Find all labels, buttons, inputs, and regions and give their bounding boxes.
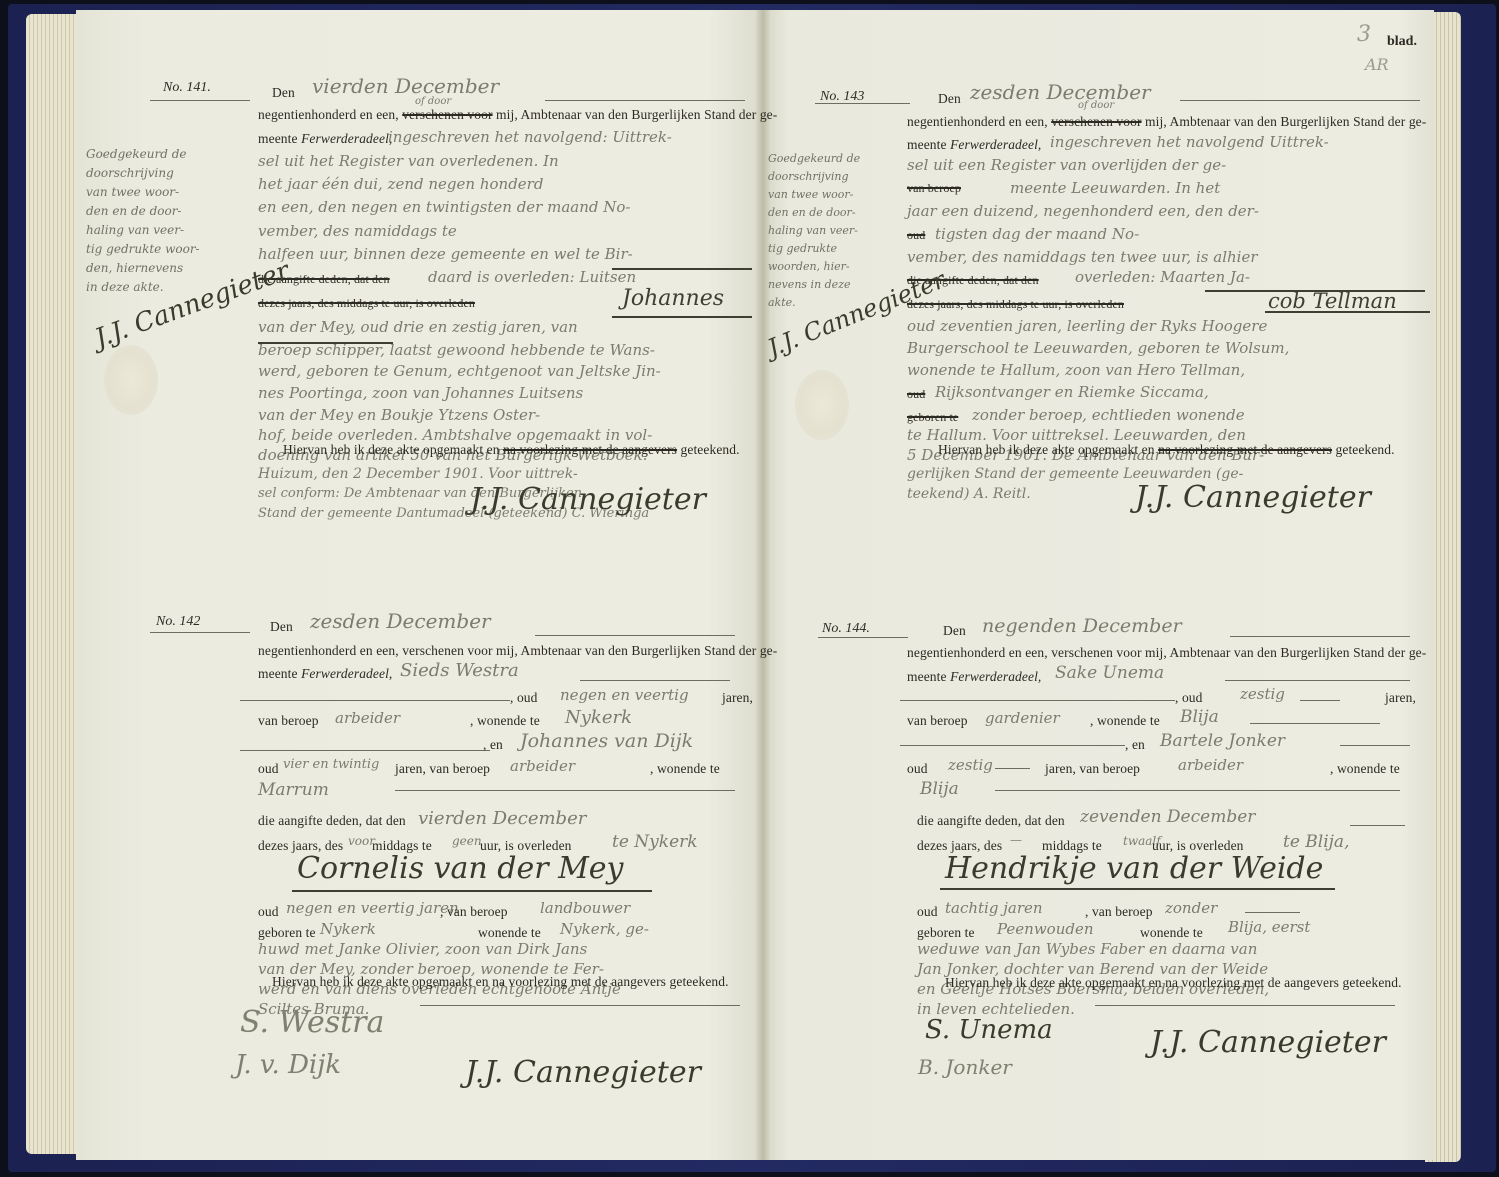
record-date: zesden December: [970, 80, 1151, 104]
rule: [1250, 723, 1380, 724]
rule: [1350, 825, 1405, 826]
form-text: meente: [258, 131, 298, 146]
form-text: geteekend.: [1343, 975, 1402, 990]
handwritten-line: zonder beroep, echtlieden wonende: [972, 406, 1245, 424]
rule: [1180, 100, 1420, 101]
form-text: , en: [483, 737, 503, 753]
declarant2-age: vier en twintig: [283, 757, 379, 772]
declarant2-name: Johannes van Dijk: [520, 730, 693, 752]
rule: [940, 888, 1335, 890]
record-number: No. 144.: [822, 621, 870, 637]
form-text: geboren te: [258, 925, 316, 941]
handwritten-line: daard is overleden: Luitsen: [428, 268, 636, 286]
handwritten-line: van der Mey, oud drie en zestig jaren, v…: [258, 318, 578, 336]
declarant1-occupation: arbeider: [335, 709, 400, 727]
form-line: negentienhonderd en een, verschenen voor…: [907, 114, 1426, 130]
handwritten-line: weduwe van Jan Wybes Faber en daarna van: [917, 940, 1257, 958]
deceased-occupation: landbouwer: [540, 899, 630, 917]
rule: [1230, 636, 1410, 637]
municipality: Ferwerderadeel,: [950, 669, 1041, 684]
year-text: negentienhonderd en een,: [907, 645, 1048, 660]
deceased-name: Johannes: [622, 286, 724, 311]
declarant1-name: Sake Unema: [1055, 663, 1164, 683]
handwritten-line: oud zeventien jaren, leerling der Ryks H…: [907, 317, 1267, 335]
form-text: na voorlezing met de aangevers: [1165, 975, 1339, 990]
struck-text: na voorlezing met de aangevers: [503, 442, 677, 457]
handwritten-line: ingeschreven het navolgend Uittrek-: [1050, 133, 1329, 151]
handwritten-line: beroep schipper, laatst gewoond hebbende…: [258, 341, 655, 359]
declarant2-age: zestig: [948, 756, 993, 774]
den-label: Den: [272, 85, 295, 101]
declarant2-residence: Marrum: [258, 780, 329, 800]
form-text: wonende te: [478, 925, 541, 941]
rule: [1265, 311, 1430, 313]
folio-initials: AR: [1365, 55, 1389, 74]
struck-text: oud: [907, 387, 925, 402]
declarant1-residence: Blija: [1180, 707, 1219, 727]
death-date: zevenden December: [1080, 807, 1255, 827]
handwritten-line: Huizum, den 2 December 1901. Voor uittre…: [258, 466, 578, 482]
struck-text: na voorlezing met de aangevers: [1158, 442, 1332, 457]
form-line: meente Ferwerderadeel,: [907, 137, 1041, 153]
form-text: meente: [907, 669, 947, 684]
struck-text: dezes jaars, des middags te uur, is over…: [907, 297, 1124, 312]
rule: [900, 700, 1175, 701]
registrar-signature: J.J. Cannegieter: [1135, 480, 1371, 515]
rule: [395, 790, 735, 791]
rule: [420, 1005, 740, 1006]
rule: [995, 768, 1030, 769]
rule: [818, 637, 908, 638]
residence: Blija, eerst: [1228, 918, 1310, 936]
form-text: , wonende te: [470, 713, 540, 729]
deceased-name: Hendrikje van der Weide: [945, 851, 1323, 886]
declarant2-signature: B. Jonker: [918, 1055, 1012, 1079]
declarant2-name: Bartele Jonker: [1160, 731, 1285, 751]
deceased-name: Cornelis van der Mey: [297, 851, 624, 886]
handwritten-line: en een, den negen en twintigsten der maa…: [258, 198, 630, 216]
handwritten-line: overleden: Maarten Ja-: [1075, 268, 1250, 286]
handwritten-line: Burgerschool te Leeuwarden, geboren te W…: [907, 339, 1289, 357]
registrar-signature: J.J. Cannegieter: [470, 482, 706, 517]
form-text: , wonende te: [650, 761, 720, 777]
declarant1-signature: S. Westra: [240, 1005, 384, 1040]
form-text: , wonende te: [1330, 761, 1400, 777]
record-number: No. 142: [156, 614, 200, 630]
form-line: negentienhonderd en een, verschenen voor…: [258, 643, 777, 659]
form-line: negentienhonderd en een, verschenen voor…: [258, 107, 777, 123]
handwritten-line: ingeschreven het navolgend: Uittrek-: [388, 128, 672, 146]
form-line: meente Ferwerderadeel,: [258, 666, 392, 682]
registrar-signature: J.J. Cannegieter: [1150, 1025, 1386, 1060]
declarant2-signature: J. v. Dijk: [235, 1050, 341, 1080]
form-text: dezes jaars, des: [258, 296, 334, 310]
residence: Nykerk, ge-: [560, 920, 649, 938]
rule: [545, 100, 745, 101]
form-line: meente Ferwerderadeel,: [907, 669, 1041, 685]
form-text: jaren,: [1385, 690, 1416, 706]
form-text: Hiervan heb ik deze akte opgemaakt en: [272, 974, 489, 989]
den-label: Den: [270, 619, 293, 635]
form-text: Hiervan heb ik deze akte opgemaakt en: [945, 975, 1162, 990]
den-label: Den: [943, 623, 966, 639]
handwritten-line: meente Leeuwarden. In het: [1010, 179, 1220, 197]
form-line: meente Ferwerderadeel,: [258, 131, 392, 147]
registrar-signature: J.J. Cannegieter: [465, 1055, 701, 1090]
declarant2-occupation: arbeider: [510, 757, 575, 775]
page-label: blad.: [1387, 34, 1417, 50]
death-place: te Nykerk: [612, 832, 698, 852]
form-line: negentienhonderd en een, verschenen voor…: [907, 645, 1426, 661]
form-text: , oud: [1175, 690, 1203, 706]
handwritten-line: vember, des namiddags ten twee uur, is a…: [907, 248, 1258, 266]
form-text: die aangifte deden, dat den: [258, 813, 406, 829]
record-date: zesden December: [310, 609, 491, 633]
death-place: te Blija,: [1283, 832, 1349, 852]
year-text: negentienhonderd en een,: [258, 643, 399, 658]
rule: [612, 316, 752, 318]
den-label: Den: [938, 91, 961, 107]
declarant1-residence: Nykerk: [565, 707, 632, 728]
form-text: uur, is overleden: [393, 296, 475, 310]
struck-text: van beroep: [907, 181, 961, 196]
deceased-name: cob Tellman: [1268, 289, 1397, 313]
municipality: Ferwerderadeel,: [301, 131, 392, 146]
handwritten-line: Rijksontvanger en Riemke Siccama,: [935, 383, 1209, 401]
struck-text: dezes jaars, des middags te uur, is over…: [258, 296, 475, 311]
form-text: mij, Ambtenaar van den Burgerlijken Stan…: [496, 643, 777, 658]
declarant2-occupation: arbeider: [1178, 756, 1243, 774]
handwritten-line: halfeen uur, binnen deze gemeente en wel…: [258, 245, 633, 263]
form-text: middags te: [986, 297, 1039, 311]
handwritten-line: van der Mey en Boukje Ytzens Oster-: [258, 406, 540, 424]
form-text: oud: [917, 904, 938, 920]
record-number: No. 141.: [163, 80, 211, 96]
deceased-age: negen en veertig jaren: [286, 899, 459, 917]
form-text: geteekend.: [681, 442, 740, 457]
handwritten-line: wonende te Hallum, zoon van Hero Tellman…: [907, 361, 1245, 379]
declarant1-signature: S. Unema: [925, 1015, 1053, 1045]
year-text: negentienhonderd en een,: [258, 107, 399, 122]
birthplace: Nykerk: [320, 920, 376, 938]
rule: [580, 680, 730, 681]
rule: [292, 890, 652, 892]
handwritten-line: vember, des namiddags te: [258, 222, 457, 240]
handwritten-line: sel uit het Register van overledenen. In: [258, 152, 559, 170]
rule: [1300, 700, 1340, 701]
form-text: geboren te: [917, 925, 975, 941]
form-text: van beroep: [907, 713, 968, 729]
struck-text: verschenen voor: [1051, 114, 1141, 129]
form-text: wonende te: [1140, 925, 1203, 941]
handwritten-line: werd, geboren te Genum, echtgenoot van J…: [258, 362, 661, 380]
form-text: van beroep: [258, 713, 319, 729]
form-text: meente: [907, 137, 947, 152]
form-text: jaren, van beroep: [395, 761, 490, 777]
municipality: Ferwerderadeel,: [301, 666, 392, 681]
handwritten-line: tigsten dag der maand No-: [935, 225, 1139, 243]
rule: [995, 790, 1400, 791]
form-text: die aangifte deden, dat den: [917, 813, 1065, 829]
form-text: oud: [907, 761, 928, 777]
municipality: Ferwerderadeel,: [950, 137, 1041, 152]
form-text: mij, Ambtenaar van den Burgerlijken Stan…: [1145, 645, 1426, 660]
declarant1-age: negen en veertig: [560, 686, 689, 704]
form-text: , oud: [510, 690, 538, 706]
embossed-seal: [104, 345, 158, 415]
form-text: , wonende te: [1090, 713, 1160, 729]
deceased-occupation: zonder: [1165, 899, 1217, 917]
closing-line: Hiervan heb ik deze akte opgemaakt en na…: [938, 442, 1395, 458]
handwritten-line: teekend) A. Reitl.: [907, 486, 1031, 502]
insert-above: of door: [1078, 100, 1114, 111]
year-text: negentienhonderd en een,: [907, 114, 1048, 129]
closing-line: Hiervan heb ik deze akte opgemaakt en na…: [945, 975, 1402, 991]
handwritten-line: sel uit een Register van overlijden der …: [907, 156, 1226, 174]
rule: [150, 100, 250, 101]
form-text: mij, Ambtenaar van den Burgerlijken Stan…: [496, 107, 777, 122]
form-text: uur, is overleden: [1042, 297, 1124, 311]
form-text: na voorlezing met de aangevers: [492, 974, 666, 989]
rule: [150, 632, 250, 633]
rule: [900, 745, 1125, 746]
deceased-age: tachtig jaren: [945, 899, 1043, 917]
form-text: mij, Ambtenaar van den Burgerlijken Stan…: [1145, 114, 1426, 129]
handwritten-line: huwd met Janke Olivier, zoon van Dirk Ja…: [258, 940, 587, 958]
form-text: oud: [258, 761, 279, 777]
death-hour: geen: [452, 834, 482, 848]
form-text: geteekend.: [1336, 442, 1395, 457]
rule: [1245, 912, 1300, 913]
form-text: oud: [258, 904, 279, 920]
rule: [240, 700, 510, 701]
rule: [1095, 1005, 1395, 1006]
struck-text: verschenen voor: [402, 107, 492, 122]
declarant2-residence: Blija: [920, 779, 959, 799]
form-text: , van beroep: [440, 904, 508, 920]
rule: [240, 750, 490, 751]
handwritten-line: het jaar één dui, zend negen honderd: [258, 175, 543, 193]
form-text: , en: [1125, 737, 1145, 753]
death-date: vierden December: [418, 808, 586, 829]
form-text: , van beroep: [1085, 904, 1153, 920]
rule: [815, 103, 910, 104]
time-prefix: voor: [348, 834, 375, 848]
record-date: vierden December: [312, 74, 499, 98]
struck-text: geboren te: [907, 410, 958, 425]
rule: [535, 635, 735, 636]
rule: [1340, 745, 1410, 746]
declarant1-name: Sieds Westra: [400, 660, 519, 681]
folio-number: 3: [1357, 22, 1371, 47]
form-text: jaren, van beroep: [1045, 761, 1140, 777]
form-text: jaren,: [722, 690, 753, 706]
declarant1-occupation: gardenier: [985, 709, 1060, 727]
handwritten-line: nes Poortinga, zoon van Johannes Luitsen…: [258, 384, 583, 402]
form-text: middags te: [337, 296, 390, 310]
form-text: Hiervan heb ik deze akte opgemaakt en: [283, 442, 500, 457]
form-text: Hiervan heb ik deze akte opgemaakt en: [938, 442, 1155, 457]
rule: [1225, 680, 1410, 681]
declarant1-age: zestig: [1240, 685, 1285, 703]
rule: [612, 268, 752, 270]
time-prefix: —: [1010, 833, 1022, 847]
struck-text: oud: [907, 228, 925, 243]
form-text: meente: [258, 666, 298, 681]
handwritten-line: jaar een duizend, negenhonderd een, den …: [907, 202, 1259, 220]
closing-line: Hiervan heb ik deze akte opgemaakt en na…: [283, 442, 740, 458]
closing-line: Hiervan heb ik deze akte opgemaakt en na…: [272, 974, 729, 990]
insert-above: of door: [415, 96, 451, 107]
embossed-seal: [795, 370, 849, 440]
record-date: negenden December: [982, 615, 1182, 637]
form-text: geteekend.: [670, 974, 729, 989]
birthplace: Peenwouden: [997, 920, 1094, 938]
